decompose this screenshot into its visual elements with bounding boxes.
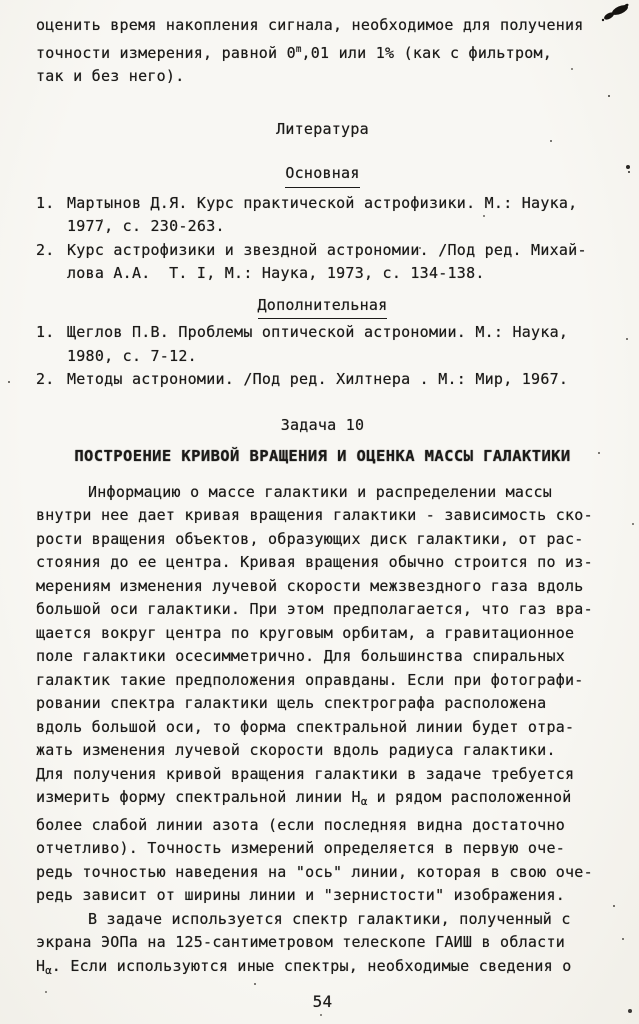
task-number-heading: Задача 10 [36,414,609,438]
item-text: Мартынов Д.Я. Курс практической астрофиз… [67,192,609,239]
list-item: 1. Мартынов Д.Я. Курс практической астро… [36,192,609,239]
page-number: 54 [36,990,609,1014]
main-literature-list: 1. Мартынов Д.Я. Курс практической астро… [36,192,609,286]
intro-paragraph: оценить время накопления сигнала, необхо… [36,14,609,89]
additional-literature-list: 1. Щеглов П.В. Проблемы оптической астро… [36,321,609,392]
task-body: Информацию о массе галактики и распредел… [36,481,609,983]
item-text: Щеглов П.В. Проблемы оптической астроном… [67,321,609,368]
ink-smudge-mark [598,2,634,26]
section-title-additional: Дополнительная [258,294,388,320]
item-number: 1. [36,192,67,239]
scan-noise [0,0,2,2]
item-text: Курс астрофизики и звездной астрономии. … [67,239,609,286]
scanned-document-page: оценить время накопления сигнала, необхо… [0,0,639,1024]
section-additional: Дополнительная [36,294,609,320]
item-text: Методы астрономии. /Под ред. Хилтнера . … [67,368,609,392]
list-item: 2. Курс астрофизики и звездной астрономи… [36,239,609,286]
list-item: 2. Методы астрономии. /Под ред. Хилтнера… [36,368,609,392]
literature-heading: Литература [36,118,609,142]
section-title-main: Основная [285,162,359,188]
item-number: 2. [36,368,67,392]
body-paragraph-2: В задаче используется спектр галактики, … [36,908,609,983]
item-number: 2. [36,239,67,286]
body-paragraph-1: Информацию о массе галактики и распредел… [36,481,609,908]
list-item: 1. Щеглов П.В. Проблемы оптической астро… [36,321,609,368]
task-title: ПОСТРОЕНИЕ КРИВОЙ ВРАЩЕНИЯ И ОЦЕНКА МАСС… [36,445,609,469]
section-main: Основная [36,162,609,188]
item-number: 1. [36,321,67,368]
